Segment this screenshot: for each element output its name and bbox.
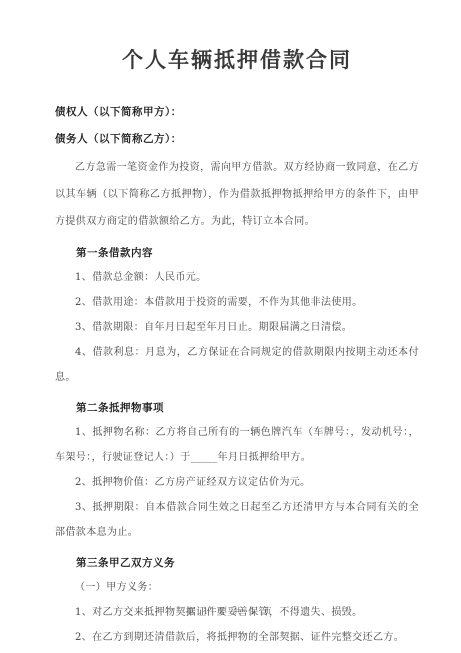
contract-item: 3、抵押期限：自本借款合同生效之日起至乙方还清甲方与本合同有关的全部借款本息为止…: [55, 495, 419, 545]
section-loan-content: 第一条借款内容 1、借款总金额：人民币元。 2、借款用途：本借款用于投资的需要，…: [55, 241, 419, 390]
contract-item: 1、借款总金额：人民币元。: [55, 265, 419, 290]
document-title: 个人车辆抵押借款合同: [55, 45, 419, 75]
contract-page: 个人车辆抵押借款合同 债权人（以下简称甲方）： 债务人（以下简称乙方）： 乙方急…: [0, 0, 461, 653]
contract-item: 2、借款用途：本借款用于投资的需要，不作为其他非法使用。: [55, 290, 419, 315]
contract-item: （一）甲方义务：: [55, 575, 419, 600]
contract-item: 3、借款期限：自年月日起至年月日止。期限届满之日清偿。: [55, 315, 419, 340]
contract-item: 4、借款利息：月息为，乙方保证在合同规定的借款期限内按期主动还本付息。: [55, 340, 419, 390]
contract-item: 2、抵押物价值：乙方房产证经双方议定估价为元。: [55, 470, 419, 495]
debtor-party-line: 债务人（以下简称乙方）：: [55, 126, 419, 153]
creditor-party-line: 债权人（以下简称甲方）：: [55, 99, 419, 126]
document-body: 个人车辆抵押借款合同 债权人（以下简称甲方）： 债务人（以下简称乙方）： 乙方急…: [0, 45, 461, 650]
page-footer: 第 1 页 共 1 页: [0, 606, 461, 617]
section-heading-3: 第三条甲乙双方义务: [55, 551, 419, 575]
section-collateral-matters: 第二条抵押物事项 1、抵押物名称：乙方将自己所有的一辆色牌汽车（车牌号：，发动机…: [55, 396, 419, 545]
intro-paragraph: 乙方急需一笔资金作为投资，需向甲方借款。双方经协商一致同意，在乙方以其车辆（以下…: [55, 154, 419, 235]
contract-item: 2、在乙方到期还清借款后，将抵押物的全部契据、证件完整交还乙方。: [55, 625, 419, 650]
section-mutual-obligations: 第三条甲乙双方义务 （一）甲方义务： 1、对乙方交来抵押物契据证件要妥善保管，不…: [55, 551, 419, 650]
section-heading-2: 第二条抵押物事项: [55, 396, 419, 420]
section-heading-1: 第一条借款内容: [55, 241, 419, 265]
contract-item: 1、抵押物名称：乙方将自己所有的一辆色牌汽车（车牌号：，发动机号：，车架号：，行…: [55, 420, 419, 470]
